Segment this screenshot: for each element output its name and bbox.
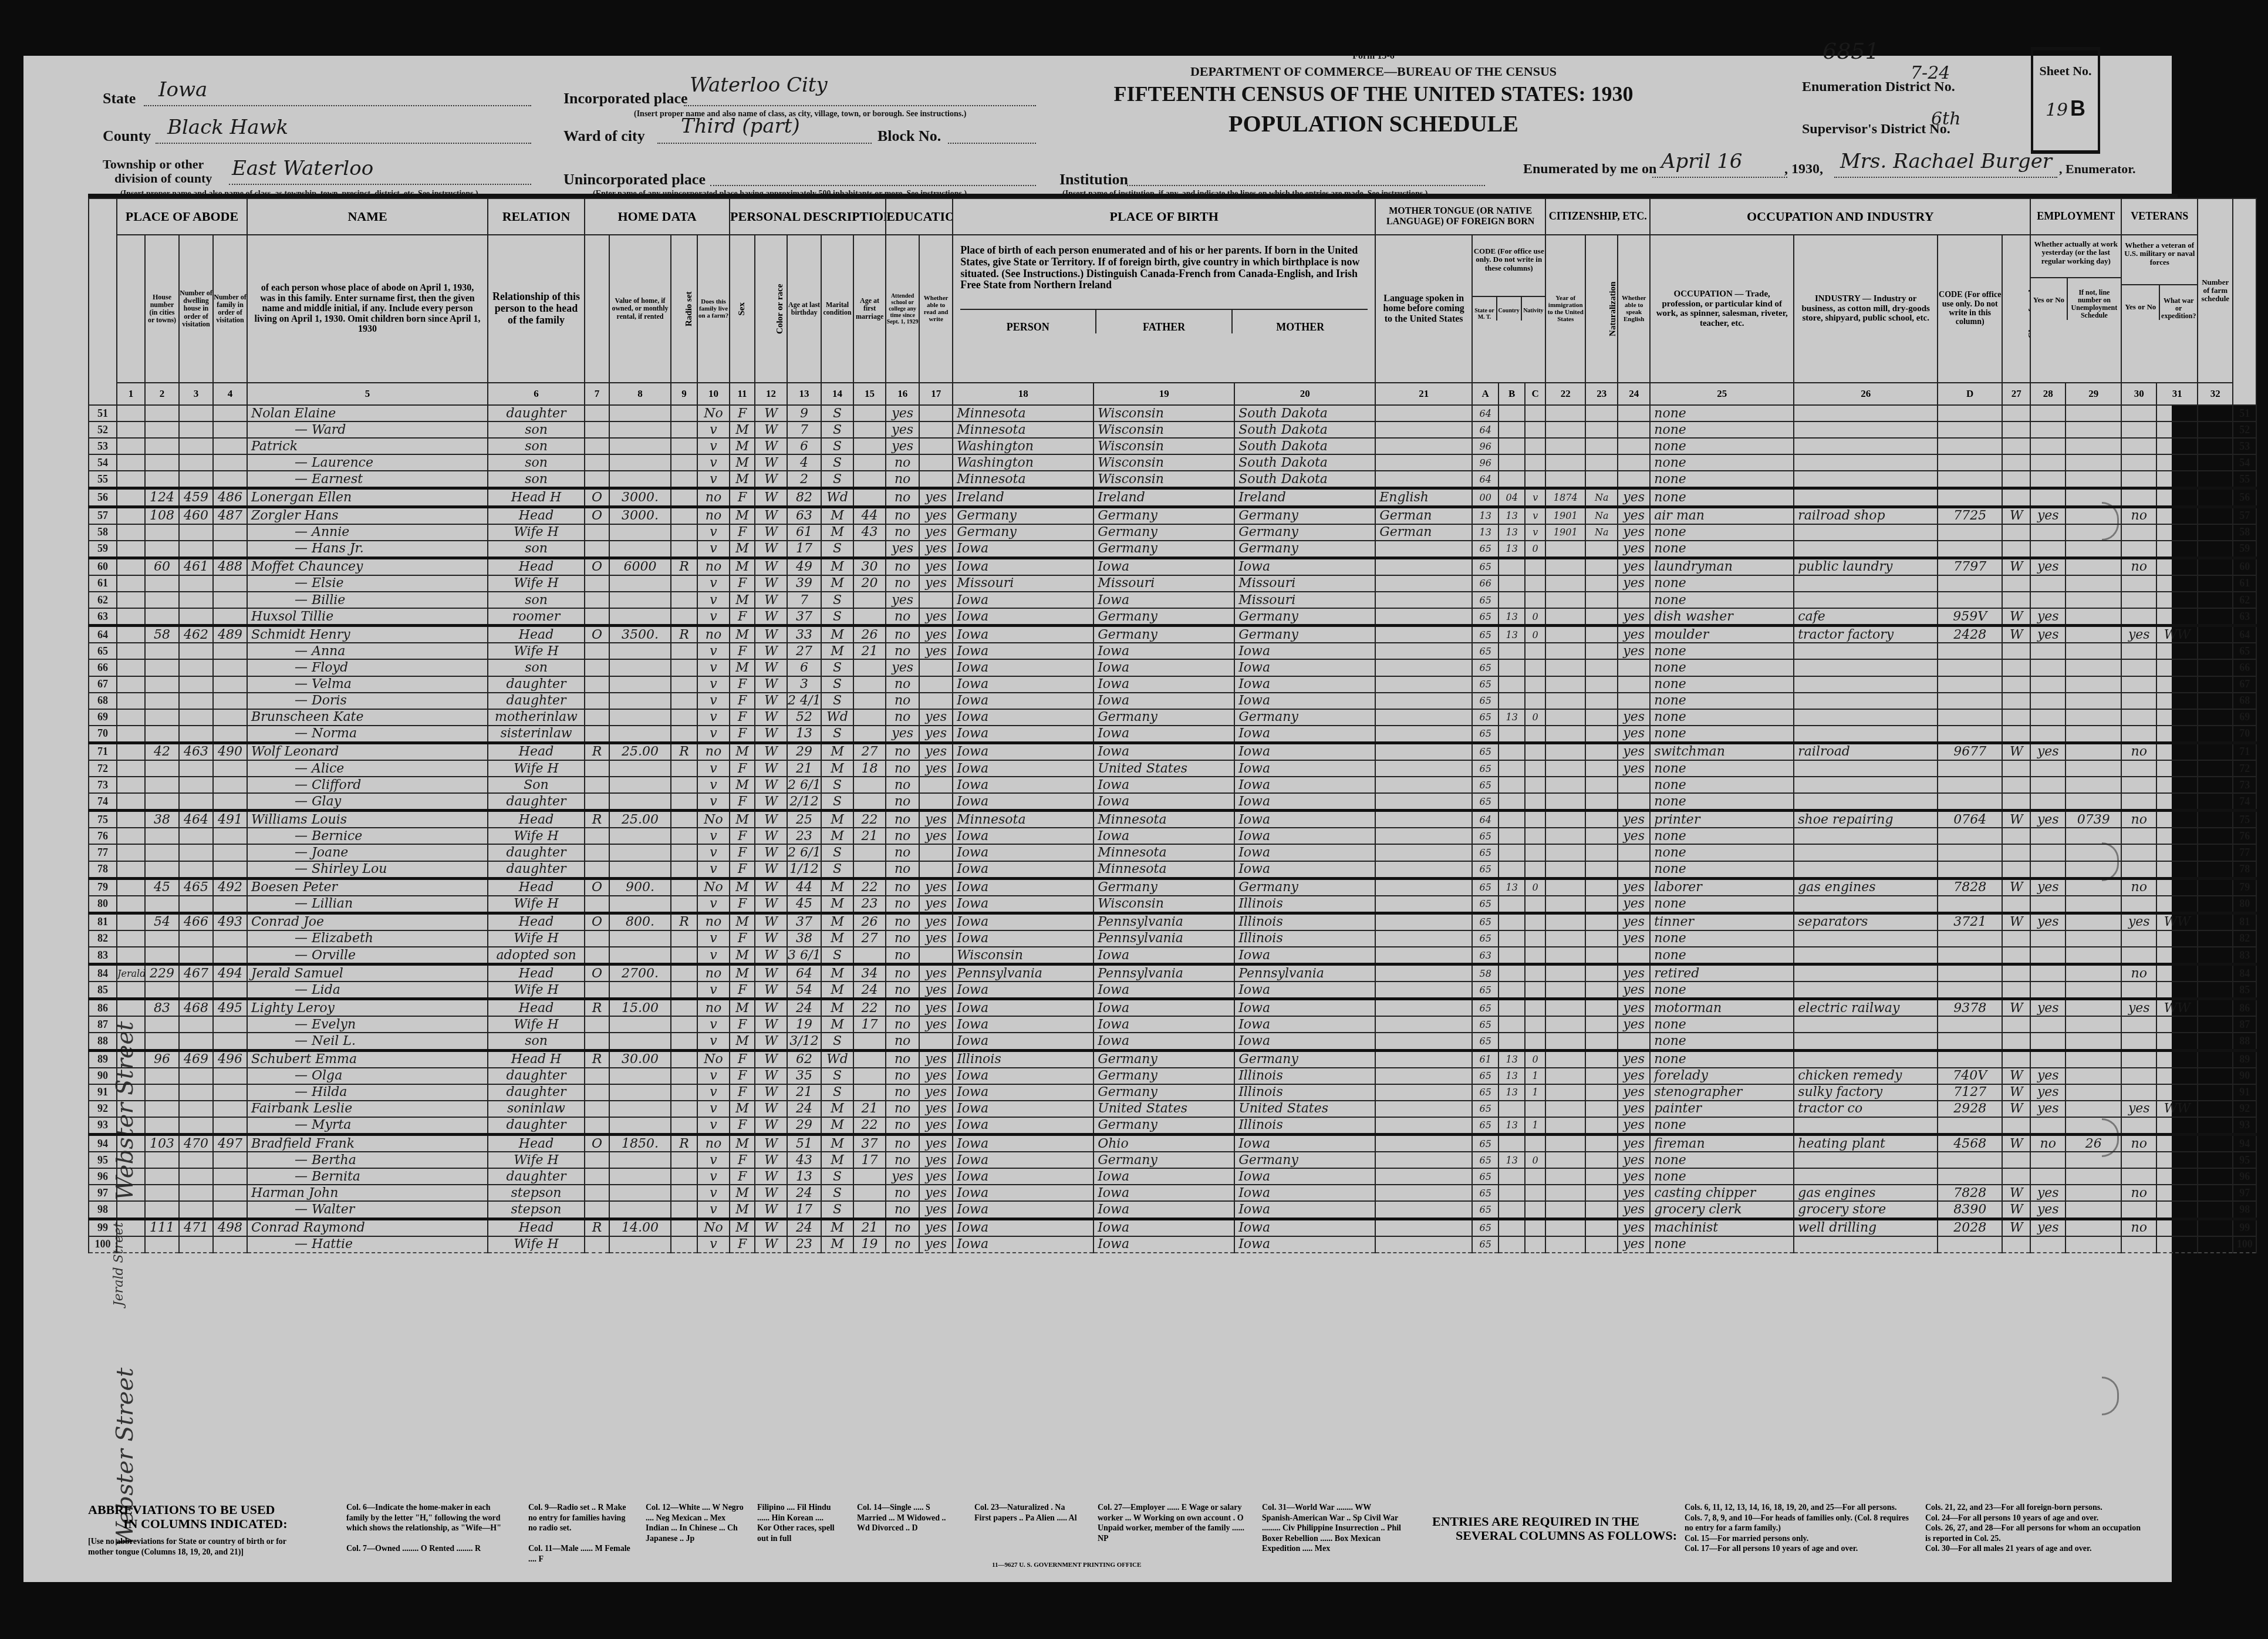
occupation-cell: forelady xyxy=(1650,1068,1794,1084)
street-cell xyxy=(117,811,145,828)
birthplace-mother-cell: Illinois xyxy=(1234,1084,1375,1101)
speaks-english-cell: yes xyxy=(1618,1219,1650,1236)
group-occupation: OCCUPATION AND INDUSTRY xyxy=(1650,198,2030,235)
sex-cell: M xyxy=(730,454,755,471)
occupation-cell: none xyxy=(1650,1050,1794,1068)
family-number-cell xyxy=(213,405,247,421)
war-cell xyxy=(2156,1219,2198,1236)
code-c-cell xyxy=(1525,896,1545,913)
veteran-cell xyxy=(2121,608,2156,626)
code-d-cell xyxy=(1938,1152,2002,1168)
line-number: 54 xyxy=(89,454,117,471)
code-c-cell xyxy=(1525,982,1545,999)
code-a-cell: 65 xyxy=(1472,828,1499,844)
speaks-english-cell xyxy=(1618,592,1650,608)
school-cell: no xyxy=(886,1033,919,1050)
immigration-year-cell xyxy=(1545,793,1585,811)
home-value-cell xyxy=(609,1101,671,1117)
house-number-cell xyxy=(145,471,179,488)
at-work-cell xyxy=(2030,575,2065,592)
farm-cell: No xyxy=(697,1219,730,1236)
birthplace-person-cell: Washington xyxy=(953,454,1093,471)
occupation-cell: none xyxy=(1650,709,1794,726)
radio-cell xyxy=(671,1219,697,1236)
birthplace-person-cell: Iowa xyxy=(953,878,1093,896)
farm-cell: v xyxy=(697,1084,730,1101)
ward-value: Third (part) xyxy=(681,114,800,138)
code-c-cell xyxy=(1525,454,1545,471)
family-number-cell xyxy=(213,1185,247,1201)
street-cell xyxy=(117,760,145,777)
naturalization-cell: Na xyxy=(1585,524,1618,541)
marital-cell: S xyxy=(821,861,853,879)
mother-tongue-cell xyxy=(1375,1219,1472,1236)
birthplace-father-cell: Iowa xyxy=(1093,999,1234,1017)
department-title: DEPARTMENT OF COMMERCE—BUREAU OF THE CEN… xyxy=(1139,64,1608,79)
read-write-cell: yes xyxy=(919,541,953,558)
farm-cell: v xyxy=(697,1117,730,1135)
read-write-cell: yes xyxy=(919,1219,953,1236)
occupation-cell: none xyxy=(1650,1033,1794,1050)
immigration-year-cell xyxy=(1545,1219,1585,1236)
at-work-cell xyxy=(2030,454,2065,471)
owned-rented-cell: R xyxy=(585,811,609,828)
code-d-cell xyxy=(1938,524,2002,541)
immigration-year-cell xyxy=(1545,709,1585,726)
unemployment-line-cell xyxy=(2065,878,2121,896)
table-row: 54— LaurencesonvMW4SnoWashingtonWisconsi… xyxy=(89,454,2256,471)
radio-cell xyxy=(671,541,697,558)
table-row: 8996469496Schubert EmmaHead HR30.00NoFW6… xyxy=(89,1050,2256,1068)
mother-tongue-cell xyxy=(1375,828,1472,844)
farm-cell: v xyxy=(697,592,730,608)
race-cell: W xyxy=(755,861,787,879)
line-number: 68 xyxy=(89,693,117,709)
street-cell xyxy=(117,726,145,743)
at-work-cell: yes xyxy=(2030,608,2065,626)
occupation-cell: none xyxy=(1650,828,1794,844)
dwelling-number-cell xyxy=(179,1068,213,1084)
industry-cell xyxy=(1794,471,1938,488)
naturalization-cell xyxy=(1585,999,1618,1017)
code-c-cell xyxy=(1525,643,1545,659)
sex-cell: F xyxy=(730,982,755,999)
unemployment-line-cell xyxy=(2065,1219,2121,1236)
line-number: 71 xyxy=(89,743,117,760)
veteran-cell xyxy=(2121,1050,2156,1068)
farm-schedule-cell xyxy=(2198,1068,2233,1084)
mother-tongue-cell xyxy=(1375,844,1472,861)
table-row: 58— AnnieWife HvFW61M43noyesGermanyGerma… xyxy=(89,524,2256,541)
immigration-year-cell xyxy=(1545,575,1585,592)
veteran-cell xyxy=(2121,592,2156,608)
person-name-cell: — Hans Jr. xyxy=(247,541,488,558)
line-number-right: 87 xyxy=(2233,1016,2256,1033)
farm-schedule-cell xyxy=(2198,592,2233,608)
race-cell: W xyxy=(755,947,787,964)
age-first-marriage-cell xyxy=(853,488,886,507)
veteran-cell xyxy=(2121,524,2156,541)
code-d-cell: 7828 xyxy=(1938,1185,2002,1201)
unemployment-line-cell xyxy=(2065,743,2121,760)
farm-schedule-cell xyxy=(2198,982,2233,999)
enumerator-name: Mrs. Rachael Burger xyxy=(1840,150,2052,173)
home-value-cell xyxy=(609,1016,671,1033)
war-cell xyxy=(2156,726,2198,743)
at-work-cell: yes xyxy=(2030,507,2065,524)
column-number: 1 xyxy=(117,383,145,405)
dwelling-number-cell xyxy=(179,592,213,608)
person-name-cell: — Bernice xyxy=(247,828,488,844)
person-name-cell: Lighty Leroy xyxy=(247,999,488,1017)
code-c-cell: 1 xyxy=(1525,1068,1545,1084)
code-a-cell: 65 xyxy=(1472,676,1499,693)
naturalization-cell xyxy=(1585,1084,1618,1101)
mother-tongue-cell xyxy=(1375,760,1472,777)
at-work-cell xyxy=(2030,861,2065,879)
street-cell xyxy=(117,1185,145,1201)
birthplace-mother-cell: Germany xyxy=(1234,507,1375,524)
col-25-header: OCCUPATION — Trade, profession, or parti… xyxy=(1650,235,1794,383)
at-work-cell xyxy=(2030,438,2065,454)
home-value-cell xyxy=(609,726,671,743)
unemployment-line-cell xyxy=(2065,524,2121,541)
industry-cell xyxy=(1794,541,1938,558)
read-write-cell xyxy=(919,676,953,693)
naturalization-cell xyxy=(1585,828,1618,844)
owned-rented-cell xyxy=(585,405,609,421)
birthplace-father-cell: Iowa xyxy=(1093,1016,1234,1033)
code-c-cell xyxy=(1525,947,1545,964)
war-cell xyxy=(2156,421,2198,438)
line-number: 86 xyxy=(89,999,117,1017)
home-value-cell xyxy=(609,438,671,454)
dwelling-number-cell xyxy=(179,726,213,743)
age-first-marriage-cell xyxy=(853,693,886,709)
race-cell: W xyxy=(755,828,787,844)
race-cell: W xyxy=(755,558,787,575)
age-first-marriage-cell xyxy=(853,592,886,608)
marital-cell: S xyxy=(821,726,853,743)
code-b-cell xyxy=(1499,693,1525,709)
farm-schedule-cell xyxy=(2198,626,2233,643)
war-cell xyxy=(2156,1236,2198,1253)
school-cell: no xyxy=(886,1236,919,1253)
race-cell: W xyxy=(755,1050,787,1068)
owned-rented-cell xyxy=(585,676,609,693)
birthplace-mother-cell: Iowa xyxy=(1234,558,1375,575)
occupation-cell: none xyxy=(1650,1236,1794,1253)
col-8-header: Value of home, if owned, or monthly rent… xyxy=(609,235,671,383)
age-cell: 82 xyxy=(787,488,821,507)
code-d-cell xyxy=(1938,405,2002,421)
dwelling-number-cell xyxy=(179,1201,213,1219)
unemployment-line-cell xyxy=(2065,1168,2121,1185)
age-first-marriage-cell: 30 xyxy=(853,558,886,575)
code-a-cell: 65 xyxy=(1472,1016,1499,1033)
birthplace-mother-cell: Germany xyxy=(1234,709,1375,726)
naturalization-cell xyxy=(1585,844,1618,861)
family-number-cell xyxy=(213,861,247,879)
mother-tongue-cell xyxy=(1375,1084,1472,1101)
school-cell: no xyxy=(886,947,919,964)
farm-schedule-cell xyxy=(2198,1185,2233,1201)
marital-cell: S xyxy=(821,947,853,964)
code-c-cell xyxy=(1525,1201,1545,1219)
at-work-cell: yes xyxy=(2030,1068,2065,1084)
line-number: 51 xyxy=(89,405,117,421)
school-cell: no xyxy=(886,693,919,709)
mother-tongue-cell xyxy=(1375,1068,1472,1084)
speaks-english-cell: yes xyxy=(1618,709,1650,726)
family-number-cell xyxy=(213,1068,247,1084)
person-name-cell: Brunscheen Kate xyxy=(247,709,488,726)
column-number: C xyxy=(1525,383,1545,405)
entries-list-1: Cols. 6, 11, 12, 13, 14, 16, 18, 19, 20,… xyxy=(1685,1503,1913,1554)
township-label-2: division of county xyxy=(114,171,212,186)
relation-cell: daughter xyxy=(488,1117,585,1135)
unemployment-line-cell xyxy=(2065,947,2121,964)
line-number-right: 58 xyxy=(2233,524,2256,541)
column-number: B xyxy=(1499,383,1525,405)
age-cell: 23 xyxy=(787,1236,821,1253)
immigration-year-cell xyxy=(1545,1168,1585,1185)
farm-cell: v xyxy=(697,1236,730,1253)
line-number-right: 95 xyxy=(2233,1152,2256,1168)
marital-cell: S xyxy=(821,592,853,608)
war-cell xyxy=(2156,1152,2198,1168)
veteran-cell xyxy=(2121,405,2156,421)
birthplace-mother-cell: Iowa xyxy=(1234,1185,1375,1201)
family-number-cell xyxy=(213,524,247,541)
code-d-cell xyxy=(1938,760,2002,777)
line-number: 69 xyxy=(89,709,117,726)
farm-cell: v xyxy=(697,575,730,592)
code-b-cell xyxy=(1499,659,1525,676)
street-cell xyxy=(117,1033,145,1050)
line-number: 94 xyxy=(89,1135,117,1152)
race-cell: W xyxy=(755,659,787,676)
radio-cell xyxy=(671,947,697,964)
class-of-worker-cell xyxy=(2002,592,2030,608)
column-number: 28 xyxy=(2030,383,2065,405)
mother-tongue-cell xyxy=(1375,878,1472,896)
occupation-cell: none xyxy=(1650,643,1794,659)
age-cell: 25 xyxy=(787,811,821,828)
age-cell: 1/12 xyxy=(787,861,821,879)
code-b-cell xyxy=(1499,643,1525,659)
farm-schedule-cell xyxy=(2198,999,2233,1017)
war-cell xyxy=(2156,878,2198,896)
class-of-worker-cell: W xyxy=(2002,1084,2030,1101)
sex-cell: F xyxy=(730,1068,755,1084)
dwelling-number-cell xyxy=(179,471,213,488)
mother-tongue-cell xyxy=(1375,1168,1472,1185)
code-c-cell: v xyxy=(1525,524,1545,541)
race-cell: W xyxy=(755,844,787,861)
code-a-cell: 65 xyxy=(1472,1135,1499,1152)
sex-cell: F xyxy=(730,575,755,592)
class-of-worker-cell: W xyxy=(2002,878,2030,896)
street-cell xyxy=(117,1101,145,1117)
column-number: 8 xyxy=(609,383,671,405)
line-number-right: 54 xyxy=(2233,454,2256,471)
sex-cell: F xyxy=(730,1236,755,1253)
birthplace-father-cell: Germany xyxy=(1093,1152,1234,1168)
code-d-cell xyxy=(1938,676,2002,693)
immigration-year-cell xyxy=(1545,1050,1585,1068)
code-a-cell: 13 xyxy=(1472,507,1499,524)
class-of-worker-cell xyxy=(2002,454,2030,471)
line-number: 56 xyxy=(89,488,117,507)
code-d-cell: 959V xyxy=(1938,608,2002,626)
farm-cell: no xyxy=(697,558,730,575)
read-write-cell: yes xyxy=(919,1236,953,1253)
code-a-cell: 64 xyxy=(1472,405,1499,421)
age-cell: 13 xyxy=(787,726,821,743)
naturalization-cell xyxy=(1585,1117,1618,1135)
house-number-cell: 45 xyxy=(145,878,179,896)
birthplace-mother-cell: Iowa xyxy=(1234,947,1375,964)
farm-schedule-cell xyxy=(2198,421,2233,438)
street-cell xyxy=(117,1117,145,1135)
age-first-marriage-cell: 27 xyxy=(853,930,886,947)
line-number-right: 70 xyxy=(2233,726,2256,743)
radio-cell xyxy=(671,726,697,743)
col-22-header: Year of immigration to the United States xyxy=(1545,235,1585,383)
street-cell xyxy=(117,844,145,861)
unemployment-line-cell xyxy=(2065,930,2121,947)
naturalization-cell xyxy=(1585,438,1618,454)
age-first-marriage-cell: 22 xyxy=(853,1117,886,1135)
immigration-year-cell xyxy=(1545,1117,1585,1135)
birthplace-father-cell: Iowa xyxy=(1093,1219,1234,1236)
home-value-cell xyxy=(609,643,671,659)
street-cell xyxy=(117,777,145,793)
school-cell: yes xyxy=(886,438,919,454)
read-write-cell: yes xyxy=(919,1117,953,1135)
birthplace-person-cell: Illinois xyxy=(953,1050,1093,1068)
race-cell: W xyxy=(755,743,787,760)
line-number: 60 xyxy=(89,558,117,575)
war-cell xyxy=(2156,760,2198,777)
birthplace-father-cell: Iowa xyxy=(1093,828,1234,844)
family-number-cell xyxy=(213,608,247,626)
house-number-cell xyxy=(145,844,179,861)
code-a-cell: 65 xyxy=(1472,693,1499,709)
owned-rented-cell: R xyxy=(585,1050,609,1068)
line-number: 66 xyxy=(89,659,117,676)
col-32-header: Number of farm schedule xyxy=(2198,198,2233,383)
birthplace-person-cell: Iowa xyxy=(953,726,1093,743)
war-cell xyxy=(2156,1050,2198,1068)
home-value-cell xyxy=(609,405,671,421)
table-row: 92Fairbank LesliesoninlawvMW24M21noyesIo… xyxy=(89,1101,2256,1117)
immigration-year-cell xyxy=(1545,1236,1585,1253)
speaks-english-cell xyxy=(1618,676,1650,693)
code-d-cell: 7828 xyxy=(1938,878,2002,896)
class-of-worker-cell xyxy=(2002,709,2030,726)
occupation-cell: none xyxy=(1650,693,1794,709)
school-cell: no xyxy=(886,777,919,793)
school-cell: no xyxy=(886,743,919,760)
relation-cell: Head xyxy=(488,913,585,930)
speaks-english-cell: yes xyxy=(1618,1117,1650,1135)
school-cell: yes xyxy=(886,1168,919,1185)
age-first-marriage-cell xyxy=(853,421,886,438)
naturalization-cell: Na xyxy=(1585,488,1618,507)
at-work-cell xyxy=(2030,964,2065,982)
veteran-cell xyxy=(2121,930,2156,947)
immigration-year-cell xyxy=(1545,421,1585,438)
code-b-cell xyxy=(1499,930,1525,947)
class-of-worker-cell: W xyxy=(2002,1135,2030,1152)
owned-rented-cell xyxy=(585,1101,609,1117)
farm-schedule-cell xyxy=(2198,405,2233,421)
col-5-header: of each person whose place of abode on A… xyxy=(247,235,488,383)
at-work-cell xyxy=(2030,709,2065,726)
birthplace-person-cell: Iowa xyxy=(953,558,1093,575)
sex-cell: F xyxy=(730,1117,755,1135)
column-number: 23 xyxy=(1585,383,1618,405)
dwelling-number-cell: 462 xyxy=(179,626,213,643)
age-cell: 44 xyxy=(787,878,821,896)
industry-cell: heating plant xyxy=(1794,1135,1938,1152)
table-row: 78— Shirley LoudaughtervFW1/12SnoIowaMin… xyxy=(89,861,2256,879)
column-number: 19 xyxy=(1093,383,1234,405)
code-a-cell: 65 xyxy=(1472,1152,1499,1168)
race-cell: W xyxy=(755,693,787,709)
birthplace-person-cell: Iowa xyxy=(953,1101,1093,1117)
code-b-cell xyxy=(1499,999,1525,1017)
age-cell: 3 6/12 xyxy=(787,947,821,964)
street-cell xyxy=(117,861,145,879)
naturalization-cell xyxy=(1585,982,1618,999)
speaks-english-cell xyxy=(1618,861,1650,879)
read-write-cell: yes xyxy=(919,930,953,947)
unemployment-line-cell xyxy=(2065,861,2121,879)
age-first-marriage-cell xyxy=(853,1033,886,1050)
at-work-cell xyxy=(2030,844,2065,861)
occupation-cell: none xyxy=(1650,1168,1794,1185)
war-cell xyxy=(2156,844,2198,861)
farm-cell: no xyxy=(697,964,730,982)
veteran-cell xyxy=(2121,1016,2156,1033)
marital-cell: S xyxy=(821,659,853,676)
birthplace-mother-cell: Germany xyxy=(1234,1050,1375,1068)
family-number-cell: 486 xyxy=(213,488,247,507)
dwelling-number-cell xyxy=(179,760,213,777)
speaks-english-cell: yes xyxy=(1618,643,1650,659)
radio-cell xyxy=(671,1168,697,1185)
speaks-english-cell: yes xyxy=(1618,896,1650,913)
code-c-cell xyxy=(1525,405,1545,421)
at-work-cell xyxy=(2030,488,2065,507)
age-first-marriage-cell xyxy=(853,947,886,964)
naturalization-cell xyxy=(1585,1185,1618,1201)
war-cell xyxy=(2156,1168,2198,1185)
unemployment-line-cell xyxy=(2065,558,2121,575)
birthplace-person-cell: Iowa xyxy=(953,999,1093,1017)
code-d-cell: 4568 xyxy=(1938,1135,2002,1152)
street-cell xyxy=(117,421,145,438)
school-cell: no xyxy=(886,861,919,879)
mother-tongue-cell xyxy=(1375,982,1472,999)
line-number-right: 55 xyxy=(2233,471,2256,488)
owned-rented-cell xyxy=(585,471,609,488)
industry-cell xyxy=(1794,676,1938,693)
owned-rented-cell xyxy=(585,643,609,659)
